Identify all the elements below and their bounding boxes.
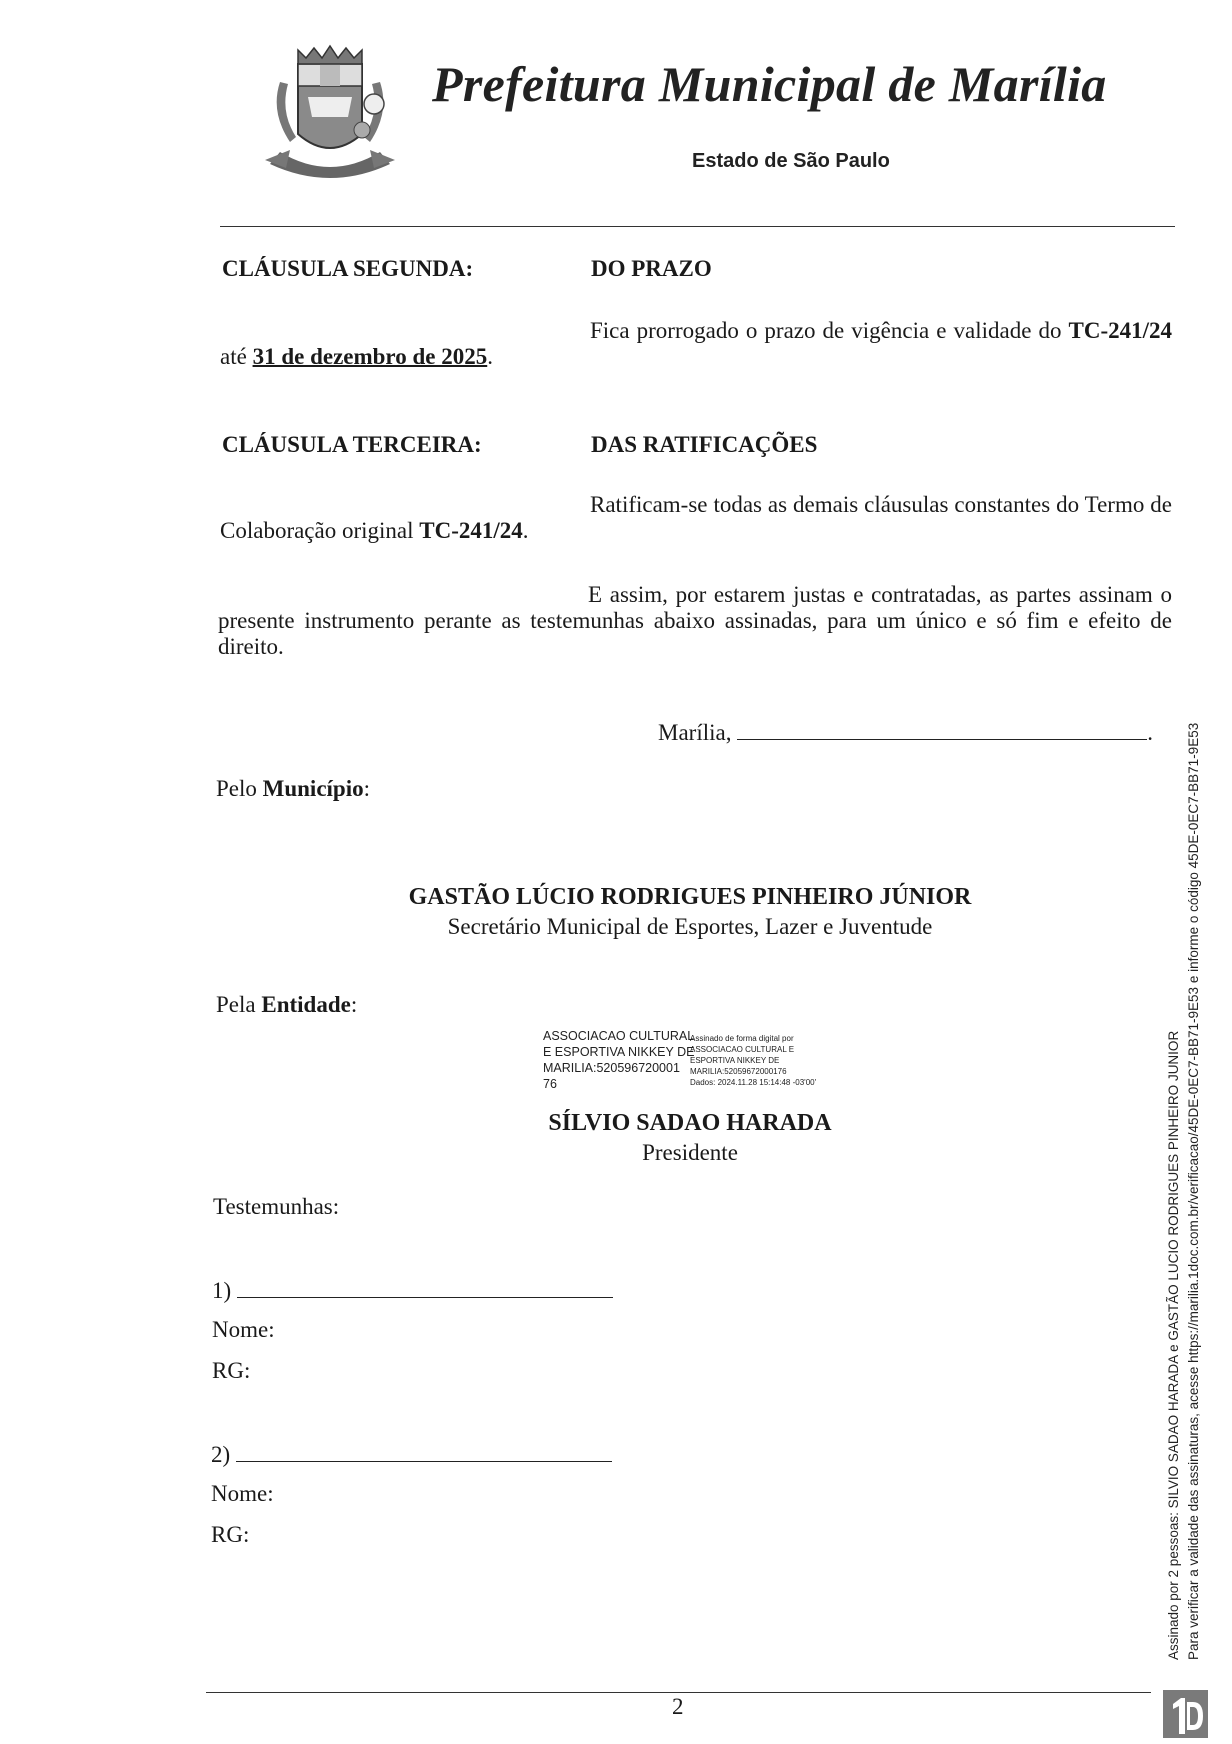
- witness-1-rg-label: RG:: [212, 1358, 250, 1384]
- clause-2-label: CLÁUSULA SEGUNDA:: [222, 256, 473, 282]
- witness-1-blank-line: [237, 1297, 613, 1298]
- verification-link[interactable]: Para verificar a validade das assinatura…: [1186, 723, 1201, 1660]
- witness-2-blank-line: [236, 1461, 612, 1462]
- place-date-line: Marília, .: [658, 720, 1153, 746]
- 1doc-logo-icon: [1163, 1690, 1208, 1738]
- witness-1-name-label: Nome:: [212, 1317, 275, 1343]
- digital-signature-details: Assinado de forma digital por ASSOCIACAO…: [690, 1033, 816, 1088]
- signature-stamp-line-1: Assinado por 2 pessoas: SILVIO SADAO HAR…: [1166, 1031, 1181, 1660]
- digital-signature-name: ASSOCIACAO CULTURAL E ESPORTIVA NIKKEY D…: [543, 1028, 694, 1092]
- date-blank-line: [737, 739, 1147, 740]
- witness-2-signature-line: 2): [211, 1442, 612, 1468]
- witnesses-label: Testemunhas:: [213, 1194, 339, 1220]
- municipio-label: Pelo Município:: [216, 776, 370, 802]
- page-title: Prefeitura Municipal de Marília: [432, 55, 1107, 113]
- municipio-signer-role: Secretário Municipal de Esportes, Lazer …: [385, 914, 995, 940]
- footer-divider: [206, 1692, 1151, 1693]
- entidade-signer-name: SÍLVIO SADAO HARADA: [510, 1110, 870, 1137]
- witness-1-signature-line: 1): [212, 1278, 613, 1304]
- entidade-label: Pela Entidade:: [216, 992, 357, 1018]
- clause-3-text: Ratificam-se todas as demais cláusulas c…: [220, 492, 1172, 544]
- closing-paragraph: E assim, por estarem justas e contratada…: [218, 582, 1172, 660]
- entidade-signer-role: Presidente: [510, 1140, 870, 1166]
- clause-2-text: Fica prorrogado o prazo de vigência e va…: [220, 318, 1172, 370]
- contract-reference: TC-241/24: [1069, 318, 1173, 343]
- coat-of-arms-icon: [250, 42, 410, 192]
- municipio-signer-name: GASTÃO LÚCIO RODRIGUES PINHEIRO JÚNIOR: [385, 884, 995, 911]
- state-subtitle: Estado de São Paulo: [692, 150, 890, 173]
- clause-3-title: DAS RATIFICAÇÕES: [591, 432, 817, 458]
- clause-3-label: CLÁUSULA TERCEIRA:: [222, 432, 482, 458]
- witness-2-rg-label: RG:: [211, 1522, 249, 1548]
- contract-reference: TC-241/24: [419, 518, 523, 543]
- witness-2-name-label: Nome:: [211, 1481, 274, 1507]
- header-divider: [220, 226, 1175, 227]
- clause-2-title: DO PRAZO: [591, 256, 712, 282]
- page-number: 2: [672, 1694, 684, 1720]
- deadline-date: 31 de dezembro de 2025: [253, 344, 488, 369]
